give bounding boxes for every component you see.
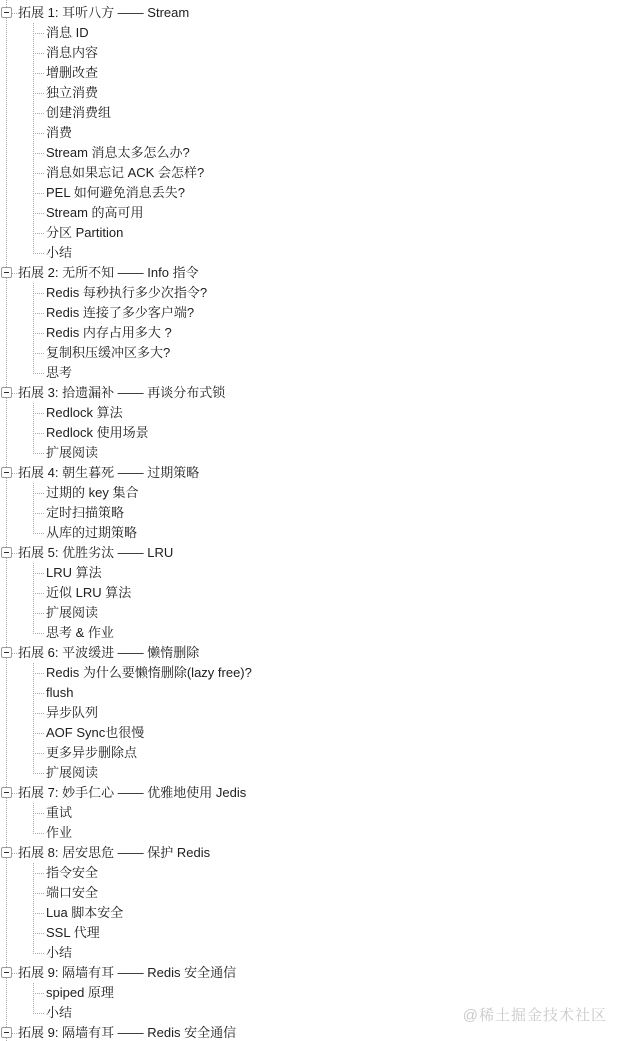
tree-node-label[interactable]: LRU 算法: [46, 563, 102, 583]
tree-connector-line: [33, 523, 34, 533]
tree-connector-line: [33, 1013, 44, 1014]
tree-node-label[interactable]: 小结: [46, 243, 72, 263]
tree-connector-line: [12, 273, 18, 274]
tree-node-section[interactable]: 拓展 1: 耳听八方 —— Stream: [0, 3, 624, 23]
minus-box-icon[interactable]: [1, 387, 12, 398]
tree-connector-line: [33, 953, 44, 954]
tree-node-label[interactable]: 过期的 key 集合: [46, 483, 138, 503]
tree-connector-line: [33, 333, 44, 334]
tree-node-item[interactable]: 扩展阅读: [0, 443, 624, 463]
tree-connector-line: [33, 1003, 34, 1013]
tree-connector-line: [33, 373, 44, 374]
tree-node-item[interactable]: 扩展阅读: [0, 763, 624, 783]
tree-node-label[interactable]: 小结: [46, 943, 72, 963]
tree-node-item[interactable]: 消息内容: [0, 43, 624, 63]
tree-connector-line: [33, 153, 44, 154]
tree-node-item[interactable]: Lua 脚本安全: [0, 903, 624, 923]
tree-connector-line: [33, 733, 44, 734]
tree-node-item[interactable]: 扩展阅读: [0, 603, 624, 623]
tree-node-label[interactable]: 创建消费组: [46, 103, 111, 123]
tree-node-label[interactable]: 拓展 4: 朝生暮死 —— 过期策略: [18, 463, 199, 483]
tree-node-item[interactable]: 思考 & 作业: [0, 623, 624, 643]
tree-node-label[interactable]: 思考: [46, 363, 72, 383]
tree-node-label[interactable]: Redlock 使用场景: [46, 423, 149, 443]
tree-node-item[interactable]: AOF Sync也很慢: [0, 723, 624, 743]
tree-connector-line: [33, 833, 44, 834]
tree-node-label[interactable]: 更多异步删除点: [46, 743, 137, 763]
tree-node-item[interactable]: 增删改查: [0, 63, 624, 83]
watermark: @稀土掘金技术社区: [463, 1004, 607, 1025]
tree-connector-line: [33, 233, 44, 234]
tree-connector-line: [33, 93, 44, 94]
tree-node-label[interactable]: 消息内容: [46, 43, 98, 63]
tree-node-label[interactable]: Stream 的高可用: [46, 203, 144, 223]
tree-node-item[interactable]: 近似 LRU 算法: [0, 583, 624, 603]
tree-node-item[interactable]: SSL 代理: [0, 923, 624, 943]
tree-node-label[interactable]: 扩展阅读: [46, 603, 98, 623]
tree-node-label[interactable]: 拓展 1: 耳听八方 —— Stream: [18, 3, 189, 23]
tree-connector-line: [33, 693, 44, 694]
tree-node-item[interactable]: 思考: [0, 363, 624, 383]
tree-node-item[interactable]: 复制积压缓冲区多大?: [0, 343, 624, 363]
tree-connector-line: [33, 173, 44, 174]
tree-node-item[interactable]: PEL 如何避免消息丢失?: [0, 183, 624, 203]
tree-node-label[interactable]: 消费: [46, 123, 72, 143]
tree-node-item[interactable]: 端口安全: [0, 883, 624, 903]
tree-connector-line: [33, 513, 44, 514]
tree-node-item[interactable]: LRU 算法: [0, 563, 624, 583]
tree-connector-line: [33, 53, 44, 54]
tree-node-label[interactable]: PEL 如何避免消息丢失?: [46, 183, 185, 203]
tree-connector-line: [33, 433, 44, 434]
tree-node-section[interactable]: 拓展 2: 无所不知 —— Info 指令: [0, 263, 624, 283]
tree-node-item[interactable]: 指令安全: [0, 863, 624, 883]
tree-node-label[interactable]: 拓展 3: 拾遗漏补 —— 再谈分布式锁: [18, 383, 225, 403]
tree-node-item[interactable]: 定时扫描策略: [0, 503, 624, 523]
tree-node-label[interactable]: 端口安全: [46, 883, 98, 903]
tree-connector-line: [33, 773, 44, 774]
minus-box-icon[interactable]: [1, 467, 12, 478]
tree-node-label[interactable]: 拓展 6: 平波缓进 —— 懒惰删除: [18, 643, 199, 663]
tree-node-section[interactable]: 拓展 7: 妙手仁心 —— 优雅地使用 Jedis: [0, 783, 624, 803]
tree-node-item[interactable]: 创建消费组: [0, 103, 624, 123]
tree-connector-line: [12, 653, 18, 654]
tree-connector-line: [33, 293, 44, 294]
tree-node-label[interactable]: 重试: [46, 803, 72, 823]
tree-connector-line: [33, 933, 44, 934]
tree-node-item[interactable]: Stream 消息太多怎么办?: [0, 143, 624, 163]
tree-connector-line: [12, 1033, 18, 1034]
tree-connector-line: [33, 893, 44, 894]
tree-node-item[interactable]: 小结: [0, 243, 624, 263]
tree-connector-line: [33, 533, 44, 534]
tree-connector-line: [33, 913, 44, 914]
tree-node-label[interactable]: Redlock 算法: [46, 403, 123, 423]
tree-node-item[interactable]: spiped 原理: [0, 983, 624, 1003]
tree-node-label[interactable]: 拓展 9: 隔墙有耳 —— Redis 安全通信: [18, 1023, 236, 1041]
tree-node-label[interactable]: Redis 连接了多少客户端?: [46, 303, 194, 323]
tree-node-label[interactable]: SSL 代理: [46, 923, 100, 943]
tree-node-item[interactable]: Redlock 算法: [0, 403, 624, 423]
tree-connector-line: [12, 793, 18, 794]
tree-connector-line: [33, 253, 44, 254]
tree-node-label[interactable]: 从库的过期策略: [46, 523, 137, 543]
tree-connector-line: [33, 993, 44, 994]
tree-node-item[interactable]: 异步队列: [0, 703, 624, 723]
tree-node-section[interactable]: 拓展 4: 朝生暮死 —— 过期策略: [0, 463, 624, 483]
tree-node-label[interactable]: 异步队列: [46, 703, 98, 723]
minus-box-icon[interactable]: [1, 267, 12, 278]
tree-connector-line: [33, 673, 44, 674]
tree-node-label[interactable]: Redis 为什么要懒惰删除(lazy free)?: [46, 663, 252, 683]
tree-connector-line: [33, 943, 34, 953]
tree-connector-line: [33, 763, 34, 773]
tree-connector-line: [33, 493, 44, 494]
tree-node-item[interactable]: 分区 Partition: [0, 223, 624, 243]
tree-node-label[interactable]: AOF Sync也很慢: [46, 723, 144, 743]
tree-connector-line: [12, 473, 18, 474]
tree-node-item[interactable]: Redis 连接了多少客户端?: [0, 303, 624, 323]
tree-node-section[interactable]: 拓展 9: 隔墙有耳 —— Redis 安全通信: [0, 1023, 624, 1041]
tree-node-label[interactable]: Redis 每秒执行多少次指令?: [46, 283, 207, 303]
tree-node-label[interactable]: 增删改查: [46, 63, 98, 83]
tree-connector-line: [33, 353, 44, 354]
tree-connector-line: [33, 443, 34, 453]
tree-connector-line: [12, 973, 18, 974]
tree-connector-line: [12, 13, 18, 14]
tree-connector-line: [33, 33, 44, 34]
tree-node-section[interactable]: 拓展 3: 拾遗漏补 —— 再谈分布式锁: [0, 383, 624, 403]
tree-node-item[interactable]: 消费: [0, 123, 624, 143]
minus-box-icon[interactable]: [1, 1027, 12, 1038]
tree-node-item[interactable]: 消息如果忘记 ACK 会怎样?: [0, 163, 624, 183]
minus-box-icon[interactable]: [1, 847, 12, 858]
tree-node-item[interactable]: Stream 的高可用: [0, 203, 624, 223]
minus-box-icon[interactable]: [1, 547, 12, 558]
tree-node-label[interactable]: 拓展 7: 妙手仁心 —— 优雅地使用 Jedis: [18, 783, 246, 803]
tree-node-label[interactable]: 分区 Partition: [46, 223, 123, 243]
tree-node-label[interactable]: 拓展 8: 居安思危 —— 保护 Redis: [18, 843, 210, 863]
tree-connector-line: [33, 133, 44, 134]
tree-node-label[interactable]: 拓展 5: 优胜劣汰 —— LRU: [18, 543, 173, 563]
tree-node-label[interactable]: 近似 LRU 算法: [46, 583, 131, 603]
tree-node-item[interactable]: 消息 ID: [0, 23, 624, 43]
tree-node-item[interactable]: 从库的过期策略: [0, 523, 624, 543]
minus-box-icon[interactable]: [1, 787, 12, 798]
tree-connector-line: [33, 633, 44, 634]
tree-connector-line: [33, 113, 44, 114]
tree-connector-line: [33, 813, 44, 814]
tree-node-label[interactable]: 拓展 9: 隔墙有耳 —— Redis 安全通信: [18, 963, 236, 983]
tree-node-label[interactable]: spiped 原理: [46, 983, 114, 1003]
tree-node-section[interactable]: 拓展 8: 居安思危 —— 保护 Redis: [0, 843, 624, 863]
tree-node-item[interactable]: 更多异步删除点: [0, 743, 624, 763]
tree-node-label[interactable]: 作业: [46, 823, 72, 843]
tree-node-section[interactable]: 拓展 6: 平波缓进 —— 懒惰删除: [0, 643, 624, 663]
tree-connector-line: [33, 313, 44, 314]
tree-connector-line: [33, 413, 44, 414]
tree-node-item[interactable]: 独立消费: [0, 83, 624, 103]
tree-node-label[interactable]: 拓展 2: 无所不知 —— Info 指令: [18, 263, 199, 283]
tree-node-item[interactable]: 作业: [0, 823, 624, 843]
tree-node-section[interactable]: 拓展 5: 优胜劣汰 —— LRU: [0, 543, 624, 563]
tree-connector-line: [33, 613, 44, 614]
tree-node-item[interactable]: Redis 内存占用多大 ?: [0, 323, 624, 343]
tree-node-section[interactable]: 拓展 9: 隔墙有耳 —— Redis 安全通信: [0, 963, 624, 983]
tree-connector-line: [33, 713, 44, 714]
toc-tree: 拓展 1: 耳听八方 —— Stream消息 ID消息内容增删改查独立消费创建消…: [0, 0, 624, 1041]
tree-node-item[interactable]: 重试: [0, 803, 624, 823]
tree-node-item[interactable]: Redis 每秒执行多少次指令?: [0, 283, 624, 303]
tree-connector-line: [33, 73, 44, 74]
tree-connector-line: [33, 573, 44, 574]
tree-node-label[interactable]: 思考 & 作业: [46, 623, 114, 643]
tree-node-item[interactable]: 小结: [0, 943, 624, 963]
tree-connector-line: [33, 753, 44, 754]
tree-node-label[interactable]: Stream 消息太多怎么办?: [46, 143, 190, 163]
tree-connector-line: [33, 213, 44, 214]
minus-box-icon[interactable]: [1, 7, 12, 18]
tree-node-label[interactable]: 消息如果忘记 ACK 会怎样?: [46, 163, 204, 183]
tree-node-item[interactable]: flush: [0, 683, 624, 703]
tree-connector-line: [33, 623, 34, 633]
tree-node-label[interactable]: 复制积压缓冲区多大?: [46, 343, 170, 363]
tree-node-label[interactable]: 小结: [46, 1003, 72, 1023]
minus-box-icon[interactable]: [1, 647, 12, 658]
tree-node-label[interactable]: Lua 脚本安全: [46, 903, 123, 923]
tree-connector-line: [33, 243, 34, 253]
tree-connector-line: [33, 873, 44, 874]
tree-connector-line: [12, 553, 18, 554]
tree-node-label[interactable]: 指令安全: [46, 863, 98, 883]
tree-rows: 拓展 1: 耳听八方 —— Stream消息 ID消息内容增删改查独立消费创建消…: [0, 3, 624, 1041]
tree-connector-line: [33, 363, 34, 373]
tree-node-label[interactable]: 定时扫描策略: [46, 503, 124, 523]
tree-node-label[interactable]: 独立消费: [46, 83, 98, 103]
tree-node-label[interactable]: 消息 ID: [46, 23, 89, 43]
tree-node-item[interactable]: 过期的 key 集合: [0, 483, 624, 503]
tree-connector-line: [33, 593, 44, 594]
tree-connector-line: [12, 853, 18, 854]
tree-node-label[interactable]: Redis 内存占用多大 ?: [46, 323, 172, 343]
tree-node-label[interactable]: flush: [46, 683, 73, 703]
tree-node-label[interactable]: 扩展阅读: [46, 443, 98, 463]
tree-node-label[interactable]: 扩展阅读: [46, 763, 98, 783]
tree-node-item[interactable]: Redis 为什么要懒惰删除(lazy free)?: [0, 663, 624, 683]
tree-connector-line: [33, 453, 44, 454]
tree-connector-line: [33, 193, 44, 194]
minus-box-icon[interactable]: [1, 967, 12, 978]
tree-connector-line: [12, 393, 18, 394]
tree-connector-line: [33, 823, 34, 833]
tree-node-item[interactable]: Redlock 使用场景: [0, 423, 624, 443]
